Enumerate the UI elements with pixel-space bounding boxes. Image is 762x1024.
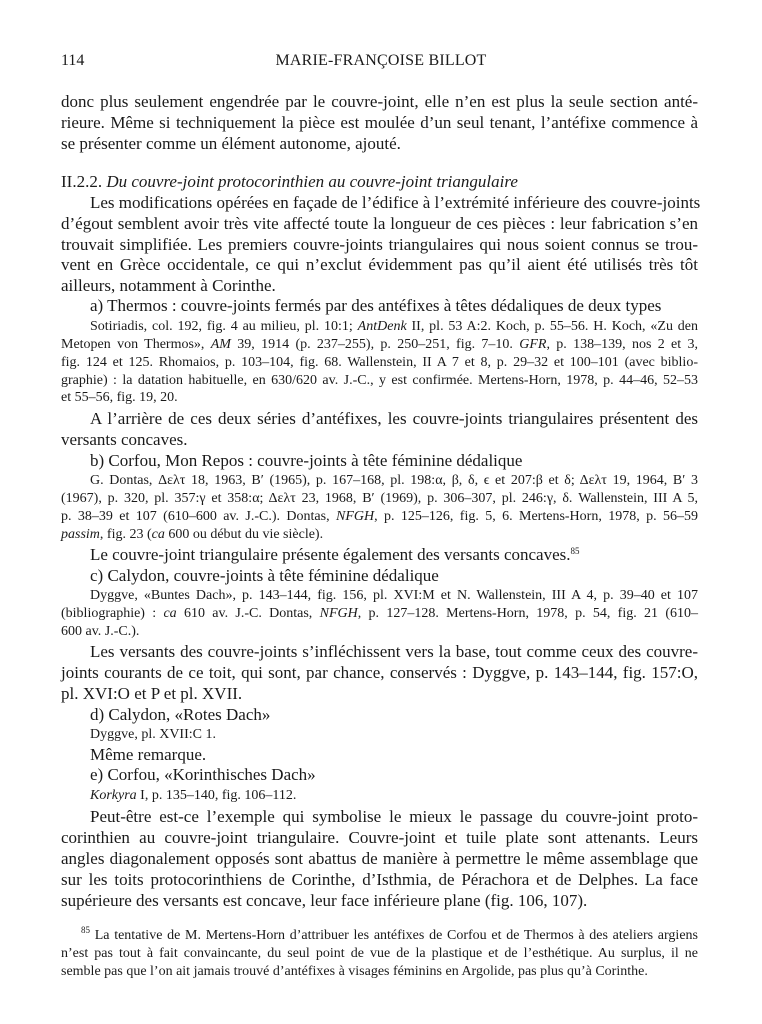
ref-italic: NFGH	[336, 509, 374, 524]
body-line: versants concaves.	[61, 430, 188, 450]
footnote-number: 85	[81, 925, 90, 935]
body-line: sur les toits protocorinthiens de Corint…	[61, 870, 698, 890]
ref-line: (bibliographie) : ca 610 av. J.-C. Donta…	[61, 605, 698, 623]
footnote-line: semble pas que l’on ait jamais trouvé d’…	[61, 963, 648, 981]
section-heading: II.2.2. Du couvre-joint protocorinthien …	[61, 172, 518, 192]
item-c-title: c) Calydon, couvre-joints à tête féminin…	[90, 566, 439, 586]
ref-line: 600 av. J.-C.).	[61, 623, 139, 641]
footnote-text: La tentative de M. Mertens-Horn d’attrib…	[95, 928, 698, 943]
ref-text: , p. 125–126, fig. 5, 6. Mertens-Horn, 1…	[374, 509, 698, 524]
ref-italic: ca	[152, 527, 165, 542]
ref-line: (1967), p. 320, pl. 357:γ et 358:α; Δελτ…	[61, 490, 698, 508]
item-a-title: a) Thermos : couvre-joints fermés par de…	[90, 296, 661, 316]
footnote-line: n’est pas tout à fait convaincante, du s…	[61, 945, 698, 963]
body-line: corinthien au couvre-joint triangulaire.…	[61, 828, 698, 848]
ref-line: Korkyra I, p. 135–140, fig. 106–112.	[90, 787, 296, 805]
body-line: d’égout semblent avoir très vite affecté…	[61, 214, 698, 234]
body-line: rieure. Même si techniquement la pièce e…	[61, 113, 698, 133]
ref-line: p. 38–39 et 107 (610–600 av. J.-C.). Don…	[61, 508, 698, 526]
ref-italic: AM	[211, 337, 231, 352]
body-line: Les versants des couvre-joints s’infléch…	[90, 642, 698, 662]
item-b-title: b) Corfou, Mon Repos : couvre-joints à t…	[90, 451, 522, 471]
ref-text: 39, 1914 (p. 237–255), p. 250–251, fig. …	[231, 337, 519, 352]
ref-line: Dyggve, «Buntes Dach», p. 143–144, fig. …	[90, 587, 698, 605]
body-line: Les modifications opérées en façade de l…	[90, 193, 698, 213]
body-line: Peut-être est-ce l’exemple qui symbolise…	[90, 807, 698, 827]
ref-italic: ca	[163, 606, 176, 621]
body-line: angles diagonalement opposés sont abattu…	[61, 849, 698, 869]
item-d-title: d) Calydon, «Rotes Dach»	[90, 705, 270, 725]
ref-text: , fig. 23 (	[100, 527, 152, 542]
ref-line: Metopen von Thermos», AM 39, 1914 (p. 23…	[61, 336, 698, 354]
body-line: Même remarque.	[90, 745, 206, 765]
ref-text: II, pl. 53 A:2. Koch, p. 55–56. H. Koch,…	[407, 319, 698, 334]
body-line: ailleurs, notamment à Corinthe.	[61, 276, 276, 296]
body-line: pl. XVI:O et P et pl. XVII.	[61, 684, 242, 704]
ref-line: passim, fig. 23 (ca 600 ou début du vie …	[61, 526, 323, 544]
body-line: supérieure des versants est concave, leu…	[61, 891, 587, 911]
body-line: joints courants de ce toit, qui sont, pa…	[61, 663, 698, 683]
ref-text: 600 ou début du vie siècle).	[165, 527, 323, 542]
item-e-title: e) Corfou, «Korinthisches Dach»	[90, 765, 316, 785]
ref-line: fig. 124 et 125. Rhomaios, p. 103–104, f…	[61, 354, 698, 372]
ref-italic: NFGH	[320, 606, 358, 621]
ref-text: p. 38–39 et 107 (610–600 av. J.-C.). Don…	[61, 509, 336, 524]
body-text: Le couvre-joint triangulaire présente ég…	[90, 545, 571, 564]
body-line: A l’arrière de ces deux séries d’antéfix…	[90, 409, 698, 429]
ref-line: Sotiriadis, col. 192, fig. 4 au milieu, …	[90, 318, 698, 336]
footnote-line: 85 La tentative de M. Mertens-Horn d’att…	[81, 927, 698, 945]
ref-line: Dyggve, pl. XVII:C 1.	[90, 726, 216, 744]
running-title: MARIE-FRANÇOISE BILLOT	[0, 52, 762, 70]
body-line: donc plus seulement engendrée par le cou…	[61, 92, 698, 112]
ref-text: Metopen von Thermos»,	[61, 337, 211, 352]
ref-text: (bibliographie) :	[61, 606, 163, 621]
ref-text: , p. 127–128. Mertens-Horn, 1978, p. 54,…	[358, 606, 698, 621]
ref-text: Sotiriadis, col. 192, fig. 4 au milieu, …	[90, 319, 358, 334]
ref-line: G. Dontas, Δελτ 18, 1963, B′ (1965), p. …	[90, 472, 698, 490]
body-line: se présenter comme un élément autonome, …	[61, 134, 401, 154]
body-line: Le couvre-joint triangulaire présente ég…	[90, 545, 580, 565]
section-title: Du couvre-joint protocorinthien au couvr…	[106, 172, 518, 191]
body-line: trouvait simplifiée. Les premiers couvre…	[61, 235, 698, 255]
ref-italic: GFR	[519, 337, 546, 352]
ref-text: , p. 138–139, nos 2 et 3,	[546, 337, 698, 352]
footnote-reference[interactable]: 85	[571, 546, 580, 556]
ref-text: I, p. 135–140, fig. 106–112.	[137, 788, 297, 803]
section-number: II.2.2.	[61, 172, 102, 191]
ref-italic: AntDenk	[358, 319, 407, 334]
ref-italic: Korkyra	[90, 788, 137, 803]
ref-text: 610 av. J.-C. Dontas,	[177, 606, 320, 621]
ref-italic: passim	[61, 527, 100, 542]
ref-line: graphie) : la datation habituelle, en 63…	[61, 372, 698, 390]
body-line: vent en Grèce occidentale, ce qui n’excl…	[61, 255, 698, 275]
ref-line: et 55–56, fig. 19, 20.	[61, 389, 178, 407]
